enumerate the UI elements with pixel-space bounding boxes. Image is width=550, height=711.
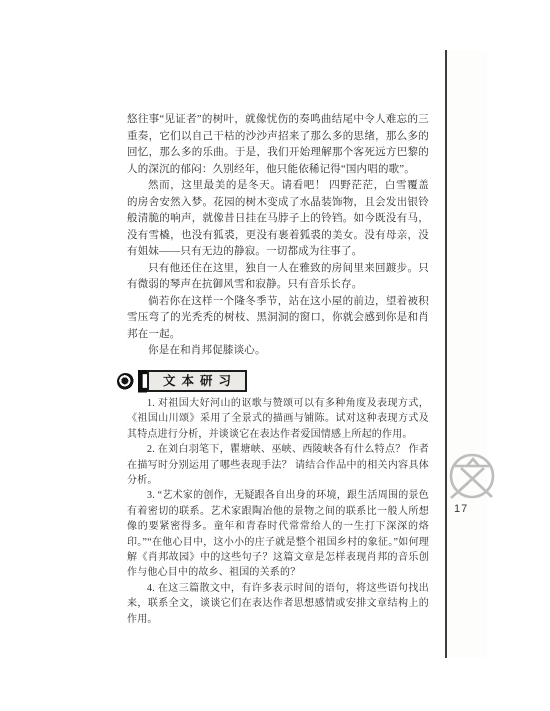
lesson-body-text: 悠往事“见证者”的树叶，就像忧伤的奏鸣曲结尾中令人难忘的三重奏，它们以自己干枯的… [127, 112, 429, 360]
question-item: 2. 在刘白羽笔下，瞿塘峡、巫峡、西陵峡各有什么特点？ 作者在描写时分别运用了哪… [127, 442, 429, 488]
textbook-page: 悠往事“见证者”的树叶，就像忧伤的奏鸣曲结尾中令人难忘的三重奏，它们以自己干枯的… [0, 0, 550, 711]
section-header: 文本研习 [117, 369, 247, 393]
paragraph: 你是在和肖邦促膝谈心。 [127, 343, 429, 360]
bracket-icon [138, 370, 147, 393]
study-questions-list: 1. 对祖国大好河山的讴歌与赞颂可以有多种角度及表现方式，《祖国山川颂》采用了全… [127, 396, 429, 627]
question-item: 3. “艺术家的创作，无疑跟各自出身的环境，跟生活周围的景色有着密切的联系。艺术… [127, 488, 429, 580]
question-item: 1. 对祖国大好河山的讴歌与赞颂可以有多种角度及表现方式，《祖国山川颂》采用了全… [127, 396, 429, 442]
paragraph: 然而，这里最美的是冬天。请看吧！ 四野茫茫，白雪覆盖的房舍安然入梦。花园的树木变… [127, 178, 429, 261]
paragraph-continuation: 悠往事“见证者”的树叶，就像忧伤的奏鸣曲结尾中令人难忘的三重奏，它们以自己干枯的… [127, 112, 429, 178]
target-bullet-icon [117, 373, 134, 390]
paragraph: 只有他还住在这里，独自一人在雅致的房间里来回踱步。只有微弱的琴声在抗御风雪和寂静… [127, 261, 429, 294]
page-edge-shade [447, 50, 487, 658]
question-item: 4. 在这三篇散文中，有许多表示时间的语句，将这些语句找出来，联系全文，谈谈它们… [127, 581, 429, 627]
paragraph: 倘若你在这样一个隆冬季节，站在这小屋的前边，望着被积雪压弯了的光秃秃的树枝、黑洞… [127, 294, 429, 344]
page-number: 17 [454, 503, 468, 515]
page-edge-line [445, 50, 447, 658]
publisher-watermark-icon [448, 452, 498, 502]
section-title: 文本研习 [147, 370, 247, 392]
